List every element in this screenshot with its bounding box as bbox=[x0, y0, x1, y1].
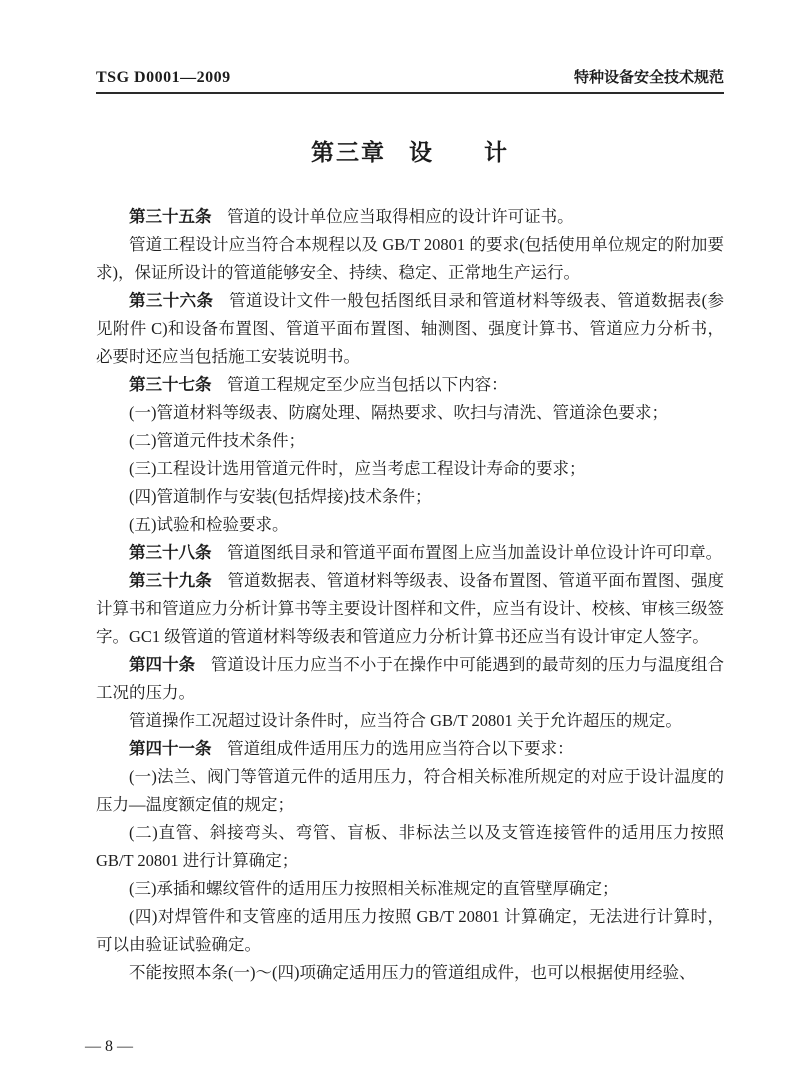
chapter-label: 第三章 bbox=[311, 139, 386, 165]
paragraph-text: (五)试验和检验要求。 bbox=[129, 515, 289, 534]
paragraph: 第三十五条管道的设计单位应当取得相应的设计许可证书。 bbox=[96, 203, 724, 231]
paragraph-text: (一)法兰、阀门等管道元件的适用压力，符合相关标准所规定的对应于设计温度的压力—… bbox=[96, 767, 724, 814]
paragraph-text: (三)承插和螺纹管件的适用压力按照相关标准规定的直管壁厚确定； bbox=[129, 879, 619, 898]
paragraph: (二)直管、斜接弯头、弯管、盲板、非标法兰以及支管连接管件的适用压力按照 GB/… bbox=[96, 819, 724, 875]
paragraph: (二)管道元件技术条件； bbox=[96, 427, 724, 455]
paragraph: (一)管道材料等级表、防腐处理、隔热要求、吹扫与清洗、管道涂色要求； bbox=[96, 399, 724, 427]
doc-title: 特种设备安全技术规范 bbox=[574, 66, 724, 87]
paragraph-text: 管道的设计单位应当取得相应的设计许可证书。 bbox=[227, 207, 574, 226]
article-number: 第四十条 bbox=[129, 656, 195, 674]
article-number: 第三十七条 bbox=[129, 376, 212, 394]
paragraph: (三)承插和螺纹管件的适用压力按照相关标准规定的直管壁厚确定； bbox=[96, 875, 724, 903]
chapter-name: 设 计 bbox=[409, 139, 509, 165]
paragraph-text: 管道操作工况超过设计条件时，应当符合 GB/T 20801 关于允许超压的规定。 bbox=[129, 711, 682, 730]
paragraph-text: 管道工程设计应当符合本规程以及 GB/T 20801 的要求(包括使用单位规定的… bbox=[96, 235, 724, 282]
paragraph: (三)工程设计选用管道元件时，应当考虑工程设计寿命的要求； bbox=[96, 455, 724, 483]
article-number: 第三十八条 bbox=[129, 544, 212, 562]
paragraph: 管道工程设计应当符合本规程以及 GB/T 20801 的要求(包括使用单位规定的… bbox=[96, 231, 724, 287]
page-header: TSG D0001—2009 特种设备安全技术规范 bbox=[96, 66, 724, 94]
paragraph-text: (四)管道制作与安装(包括焊接)技术条件； bbox=[129, 487, 431, 506]
paragraph: 第四十条管道设计压力应当不小于在操作中可能遇到的最苛刻的压力与温度组合工况的压力… bbox=[96, 651, 724, 707]
paragraph: 第三十六条管道设计文件一般包括图纸目录和管道材料等级表、管道数据表(参见附件 C… bbox=[96, 287, 724, 371]
doc-code: TSG D0001—2009 bbox=[96, 69, 231, 87]
article-number: 第三十五条 bbox=[129, 208, 212, 226]
paragraph-text: 管道图纸目录和管道平面布置图上应当加盖设计单位设计许可印章。 bbox=[227, 543, 722, 562]
paragraph-text: (一)管道材料等级表、防腐处理、隔热要求、吹扫与清洗、管道涂色要求； bbox=[129, 403, 668, 422]
paragraph: 管道操作工况超过设计条件时，应当符合 GB/T 20801 关于允许超压的规定。 bbox=[96, 707, 724, 735]
paragraph-text: 不能按照本条(一)～(四)项确定适用压力的管道组成件，也可以根据使用经验、 bbox=[129, 963, 695, 982]
paragraph-text: (二)直管、斜接弯头、弯管、盲板、非标法兰以及支管连接管件的适用压力按照 GB/… bbox=[96, 823, 724, 870]
paragraph: (四)对焊管件和支管座的适用压力按照 GB/T 20801 计算确定，无法进行计… bbox=[96, 903, 724, 959]
document-page: TSG D0001—2009 特种设备安全技术规范 第三章设 计 第三十五条管道… bbox=[96, 66, 724, 987]
paragraph: 不能按照本条(一)～(四)项确定适用压力的管道组成件，也可以根据使用经验、 bbox=[96, 959, 724, 987]
paragraph: 第四十一条管道组成件适用压力的选用应当符合以下要求： bbox=[96, 735, 724, 763]
paragraph: (一)法兰、阀门等管道元件的适用压力，符合相关标准所规定的对应于设计温度的压力—… bbox=[96, 763, 724, 819]
paragraph: 第三十八条管道图纸目录和管道平面布置图上应当加盖设计单位设计许可印章。 bbox=[96, 539, 724, 567]
paragraph: (四)管道制作与安装(包括焊接)技术条件； bbox=[96, 483, 724, 511]
paragraph-text: (三)工程设计选用管道元件时，应当考虑工程设计寿命的要求； bbox=[129, 459, 586, 478]
page-number: — 8 — bbox=[85, 1038, 133, 1056]
paragraph-text: 管道组成件适用压力的选用应当符合以下要求： bbox=[227, 739, 574, 758]
paragraph: (五)试验和检验要求。 bbox=[96, 511, 724, 539]
chapter-title: 第三章设 计 bbox=[96, 134, 724, 167]
paragraph: 第三十七条管道工程规定至少应当包括以下内容： bbox=[96, 371, 724, 399]
paragraph: 第三十九条管道数据表、管道材料等级表、设备布置图、管道平面布置图、强度计算书和管… bbox=[96, 567, 724, 651]
article-number: 第三十六条 bbox=[129, 292, 213, 310]
paragraph-text: 管道工程规定至少应当包括以下内容： bbox=[227, 375, 508, 394]
article-number: 第四十一条 bbox=[129, 740, 212, 758]
paragraph-text: (二)管道元件技术条件； bbox=[129, 431, 305, 450]
paragraph-text: (四)对焊管件和支管座的适用压力按照 GB/T 20801 计算确定，无法进行计… bbox=[96, 907, 724, 954]
article-number: 第三十九条 bbox=[129, 572, 212, 590]
body-text: 第三十五条管道的设计单位应当取得相应的设计许可证书。 管道工程设计应当符合本规程… bbox=[96, 203, 724, 987]
